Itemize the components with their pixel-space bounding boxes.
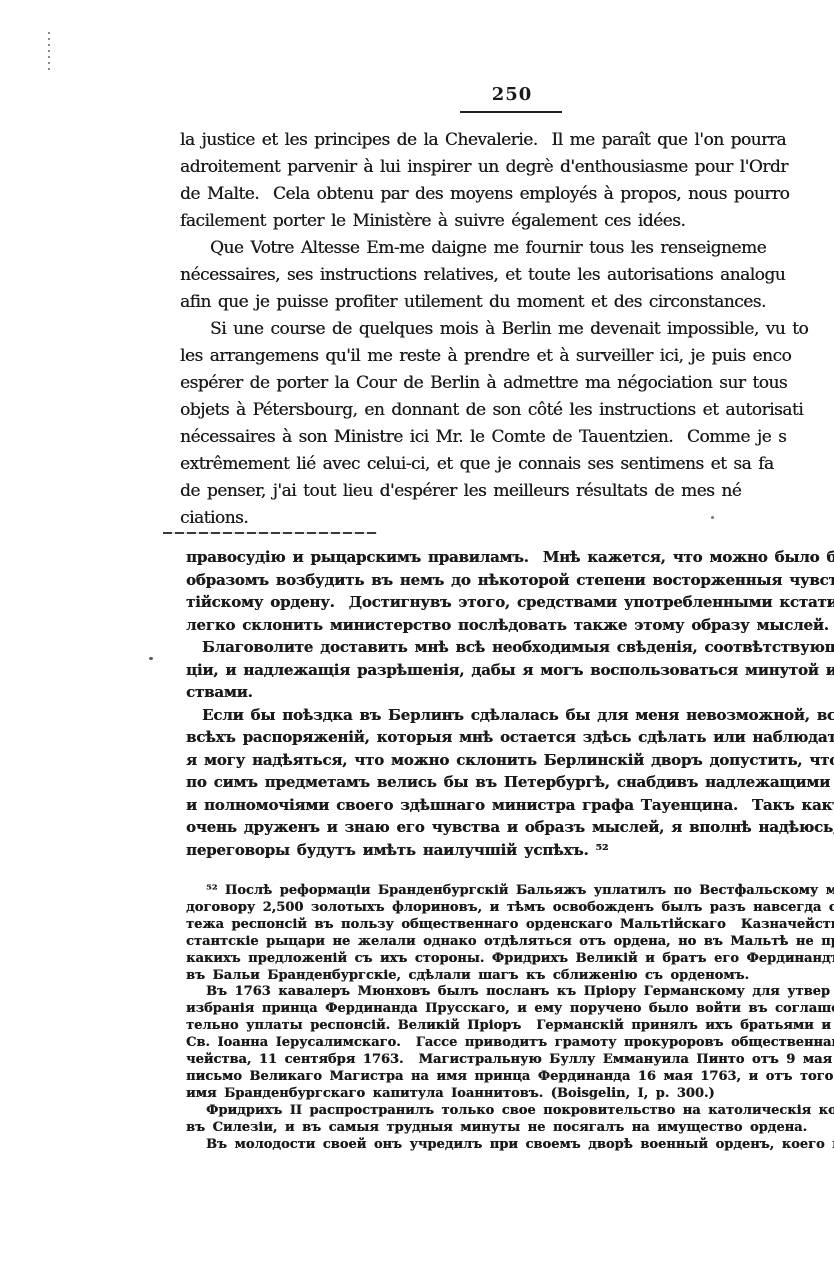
french-text-section: la justice et les principes de la Cheval… [180,127,834,532]
russian-text-line: я могу надѣяться, что можно склонить Бер… [186,749,834,772]
russian-text-line: Благоволите доставить мнѣ всѣ необходимы… [186,636,834,659]
russian-translation-section: правосудію и рыцарскимъ правиламъ. Мнѣ к… [186,546,834,861]
french-text-line: Que Votre Altesse Em-me daigne me fourni… [180,235,834,262]
russian-text-line: образомъ возбудить въ немъ до нѣкоторой … [186,569,834,592]
french-text-line: nécessaires, ses instructions relatives,… [180,262,834,289]
french-text-line: les arrangemens qu'il me reste à prendre… [180,343,834,370]
footnote-text-line: тельно уплаты респонсій. Великій Пріоръ … [186,1018,834,1035]
russian-text-line: ціи, и надлежащія разрѣшенія, дабы я мог… [186,659,834,682]
french-text-line: objets à Pétersbourg, en donnant de son … [180,397,834,424]
french-text-line: nécessaires à son Ministre ici Mr. le Co… [180,424,834,451]
footnote-text-line: какихъ предложеній съ ихъ стороны. Фридр… [186,951,834,968]
french-text-line: ciations. [180,505,834,532]
french-text-line: espérer de porter la Cour de Berlin à ad… [180,370,834,397]
french-text-line: facilement porter le Ministère à suivre … [180,208,834,235]
french-text-line: la justice et les principes de la Cheval… [180,127,834,154]
footnote-text-line: Фридрихъ II распространилъ только свое п… [186,1103,834,1120]
footnote-text-line: Въ 1763 кавалеръ Мюнховъ былъ посланъ къ… [186,984,834,1001]
footnote-text-line: имя Бранденбургскаго капитула Іоаннитовъ… [186,1086,834,1103]
page-number: 250 [460,84,564,105]
french-text-line: afin que je puisse profiter utilement du… [180,289,834,316]
footnote-text-line: въ Силезіи, и въ самыя трудныя минуты не… [186,1120,834,1137]
footnote-text-line: письмо Великаго Магистра на имя принца Ф… [186,1069,834,1086]
footnote-text-line: въ Бальи Бранденбургскіе, сдѣлали шагъ к… [186,968,834,985]
french-text-line: extrêmement lié avec celui-ci, et que je… [180,451,834,478]
footnote-text-line: договору 2,500 золотыхъ флориновъ, и тѣм… [186,900,834,917]
scan-artifact-dot [149,657,153,660]
russian-text-line: тійскому ордену. Достигнувъ этого, средс… [186,591,834,614]
footnote-text-line: Въ молодости своей онъ учредилъ при свое… [186,1137,834,1154]
french-text-line: de penser, j'ai tout lieu d'espérer les … [180,478,834,505]
footnote-text-line: чейства, 11 сентября 1763. Магистральную… [186,1052,834,1069]
page-number-rule [460,111,562,113]
footnote-text-line: избранія принца Фердинанда Прусскаго, и … [186,1001,834,1018]
russian-text-line: очень друженъ и знаю его чувства и образ… [186,816,834,839]
footnote-text-line: стантскіе рыцари не желали однако отдѣля… [186,934,834,951]
french-text-line: de Malte. Cela obtenu par des moyens emp… [180,181,834,208]
scan-artifact-dot [711,516,714,519]
footnote-text-line: Св. Іоанна Іерусалимскаго. Гассе приводи… [186,1035,834,1052]
russian-text-line: легко склонить министерство послѣдовать … [186,614,834,637]
russian-text-line: Если бы поѣздка въ Берлинъ сдѣлалась бы … [186,704,834,727]
scan-artifact-dotted-mark [48,32,50,72]
footnote-text-line: ⁵² Послѣ реформаціи Бранденбургскій Баль… [186,883,834,900]
russian-text-line: переговоры будутъ имѣть наилучшій успѣхъ… [186,839,834,862]
section-divider-dashed-rule [163,532,377,534]
russian-text-line: и полномочіями своего здѣшнаго министра … [186,794,834,817]
russian-text-line: ствами. [186,681,834,704]
footnote-section: ⁵² Послѣ реформаціи Бранденбургскій Баль… [186,883,834,1154]
russian-text-line: по симъ предметамъ велись бы въ Петербур… [186,771,834,794]
russian-text-line: правосудію и рыцарскимъ правиламъ. Мнѣ к… [186,546,834,569]
french-text-line: Si une course de quelques mois à Berlin … [180,316,834,343]
russian-text-line: всѣхъ распоряженій, которыя мнѣ остается… [186,726,834,749]
footnote-text-line: тежа респонсій въ пользу общественнаго о… [186,917,834,934]
french-text-line: adroitement parvenir à lui inspirer un d… [180,154,834,181]
book-page: 250 la justice et les principes de la Ch… [0,0,834,1267]
